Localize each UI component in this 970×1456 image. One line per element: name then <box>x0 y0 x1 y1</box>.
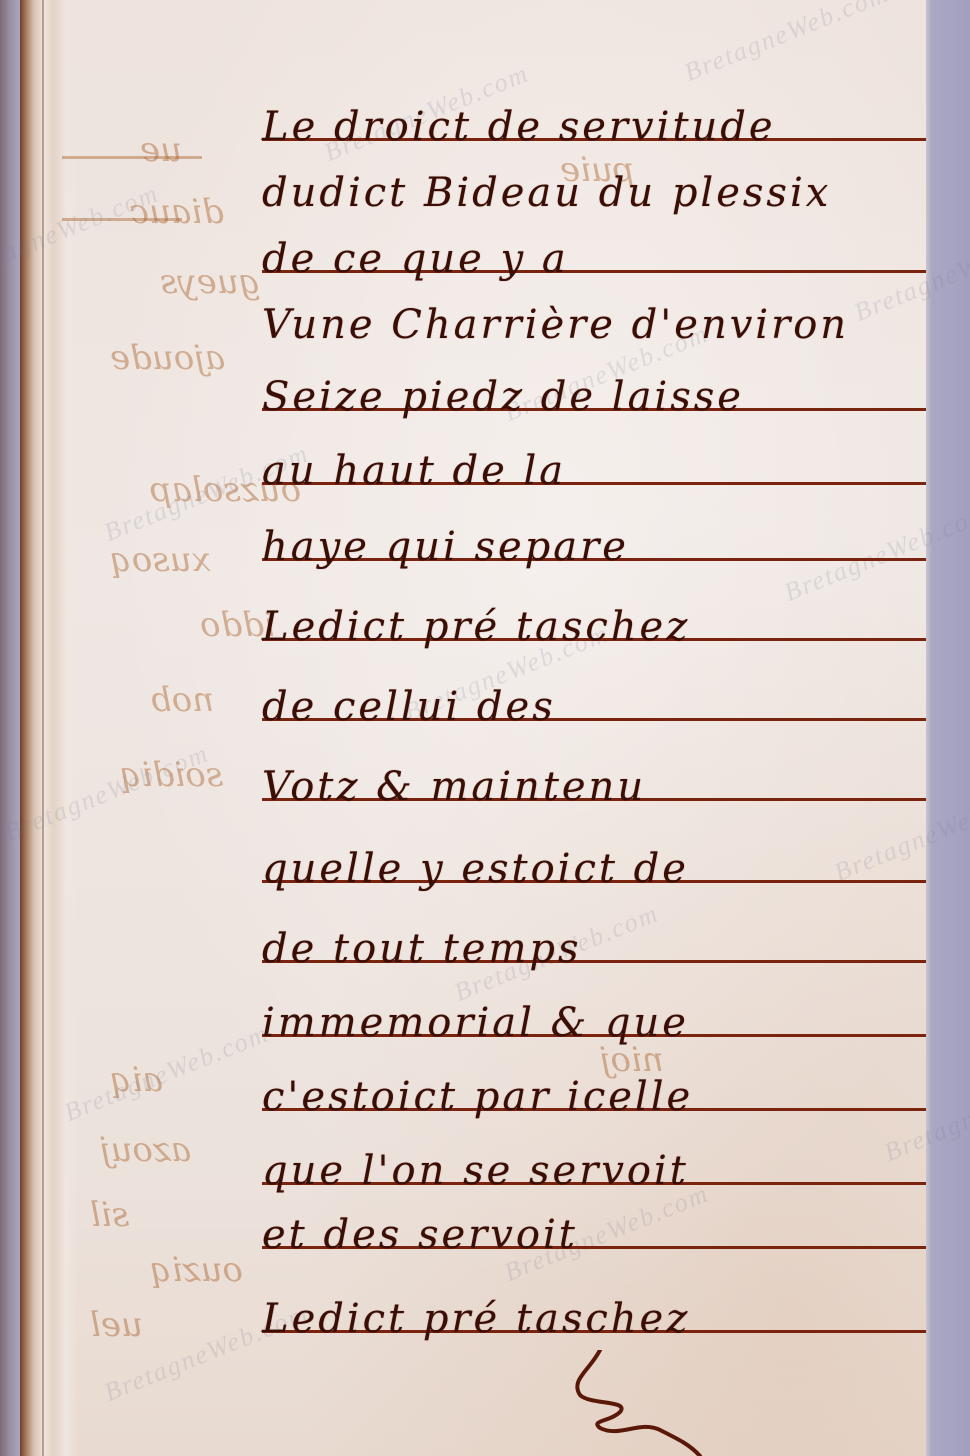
manuscript-line-text: haye qui separe <box>262 524 629 570</box>
bleed-through-text: azouj <box>100 1130 191 1170</box>
manuscript-line: c'estoict par icelle <box>262 1074 926 1134</box>
manuscript-line-text: de ce que y a <box>262 236 569 282</box>
manuscript-line: que l'on se servoit <box>262 1148 926 1208</box>
manuscript-scan: ue puie diauc gueys ajoude ouzsolap xuso… <box>0 0 970 1456</box>
bleed-through-text: nob <box>150 680 214 720</box>
manuscript-line: Vune Charrière d'environ <box>262 302 926 362</box>
manuscript-line-text: immemorial & que <box>262 1000 689 1046</box>
manuscript-line: de cellui des <box>262 684 926 744</box>
manuscript-line: Votz & maintenu <box>262 764 926 824</box>
bleed-through-text: gueys <box>160 262 260 302</box>
bleed-through-text: soidiq <box>120 755 223 795</box>
bleed-through-text: uel <box>90 1305 143 1345</box>
manuscript-line: quelle y estoict de <box>262 846 926 906</box>
manuscript-line-text: Seize piedz de laisse <box>262 374 744 420</box>
manuscript-line: Seize piedz de laisse <box>262 374 926 434</box>
manuscript-line: Ledict pré taschez <box>262 1296 926 1356</box>
manuscript-line: et des servoit <box>262 1212 926 1272</box>
manuscript-line-text: c'estoict par icelle <box>262 1074 693 1120</box>
manuscript-line-text: et des servoit <box>262 1212 578 1258</box>
bleed-through-text: ue <box>140 130 182 170</box>
scanner-background-strip <box>926 0 970 1456</box>
manuscript-line-text: que l'on se servoit <box>262 1148 689 1194</box>
bleed-through-text: diauc <box>130 192 224 232</box>
manuscript-line: Le droict de servitude <box>262 104 926 164</box>
manuscript-line: de tout temps <box>262 926 926 986</box>
closing-flourish-icon <box>560 1350 720 1456</box>
manuscript-line-text: de tout temps <box>262 926 582 972</box>
bleed-through-text: sil <box>90 1195 129 1235</box>
manuscript-line-text: de cellui des <box>262 684 556 730</box>
manuscript-line: de ce que y a <box>262 236 926 296</box>
manuscript-line-text: au haut de la <box>262 448 566 494</box>
manuscript-line: haye qui separe <box>262 524 926 584</box>
manuscript-line: dudict Bideau du plessix <box>262 170 926 230</box>
bleed-through-text: ouziq <box>150 1250 243 1290</box>
manuscript-line-text: Votz & maintenu <box>262 764 646 810</box>
manuscript-line: immemorial & que <box>262 1000 926 1060</box>
bleed-through-text: xusoq <box>110 540 211 580</box>
manuscript-line-text: Ledict pré taschez <box>262 1296 690 1342</box>
manuscript-line-text: Le droict de servitude <box>262 104 776 150</box>
manuscript-line-text: dudict Bideau du plessix <box>262 170 831 216</box>
manuscript-line-text: Ledict pré taschez <box>262 604 690 650</box>
manuscript-line-text: quelle y estoict de <box>262 846 689 892</box>
manuscript-line: au haut de la <box>262 448 926 508</box>
bleed-through-text: ajoude <box>110 338 225 378</box>
manuscript-line: Ledict pré taschez <box>262 604 926 664</box>
manuscript-line-text: Vune Charrière d'environ <box>262 302 849 348</box>
bleed-through-text: aiq <box>110 1060 163 1100</box>
